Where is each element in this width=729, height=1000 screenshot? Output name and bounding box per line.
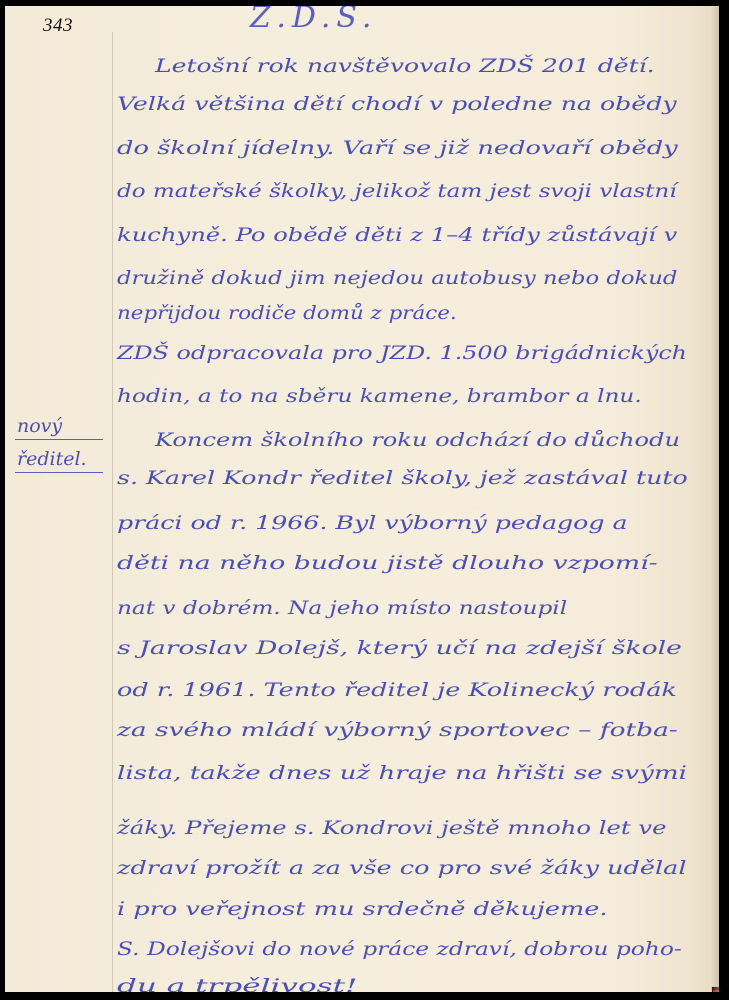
text-line: kuchyně. Po obědě děti z 1–4 třídy zůstá… <box>117 223 677 247</box>
text-line: du a trpělivost! <box>117 974 358 992</box>
text-line: S. Dolejšovi do nové práce zdraví, dobro… <box>117 937 682 961</box>
text-line: s. Karel Kondr ředitel školy, jež zastáv… <box>117 466 688 490</box>
text-line: do školní jídelny. Vaří se již nedovaří … <box>117 136 678 160</box>
text-line: Koncem školního roku odchází do důchodu <box>155 428 680 452</box>
text-line: žáky. Přejeme s. Kondrovi ještě mnoho le… <box>117 816 666 840</box>
text-line: práci od r. 1966. Byl výborný pedagog a <box>117 511 628 535</box>
scan-corner-marker-icon <box>711 986 719 992</box>
text-line: od r. 1961. Tento ředitel je Kolinecký r… <box>117 678 677 702</box>
text-line: za svého mládí výborný sportovec – fotba… <box>117 718 678 742</box>
text-line: nat v dobrém. Na jeho místo nastoupil <box>117 596 567 620</box>
text-line: ZDŠ odpracovala pro JZD. 1.500 brigádnic… <box>117 341 687 365</box>
chronicle-page: 343 Z.D.Š. nový ředitel. Letošní rok nav… <box>5 6 719 992</box>
text-line: Letošní rok navštěvovalo ZDŠ 201 dětí. <box>155 54 655 78</box>
handwritten-body: Letošní rok navštěvovalo ZDŠ 201 dětí. V… <box>5 6 719 992</box>
text-line: zdraví prožít a za vše co pro své žáky u… <box>117 856 687 880</box>
text-line: nepřijdou rodiče domů z práce. <box>117 301 457 325</box>
text-line: děti na něho budou jistě dlouho vzpomí- <box>117 551 658 575</box>
text-line: družině dokud jim nejedou autobusy nebo … <box>117 266 677 290</box>
text-line: Velká většina dětí chodí v poledne na ob… <box>117 92 677 116</box>
text-line: s Jaroslav Dolejš, který učí na zdejší š… <box>117 636 682 660</box>
text-line: do mateřské školky, jelikož tam jest svo… <box>117 179 677 203</box>
text-line: lista, takže dnes už hraje na hřišti se … <box>117 761 687 785</box>
text-line: i pro veřejnost mu srdečně děkujeme. <box>117 897 608 921</box>
text-line: hodin, a to na sběru kamene, brambor a l… <box>117 384 642 408</box>
